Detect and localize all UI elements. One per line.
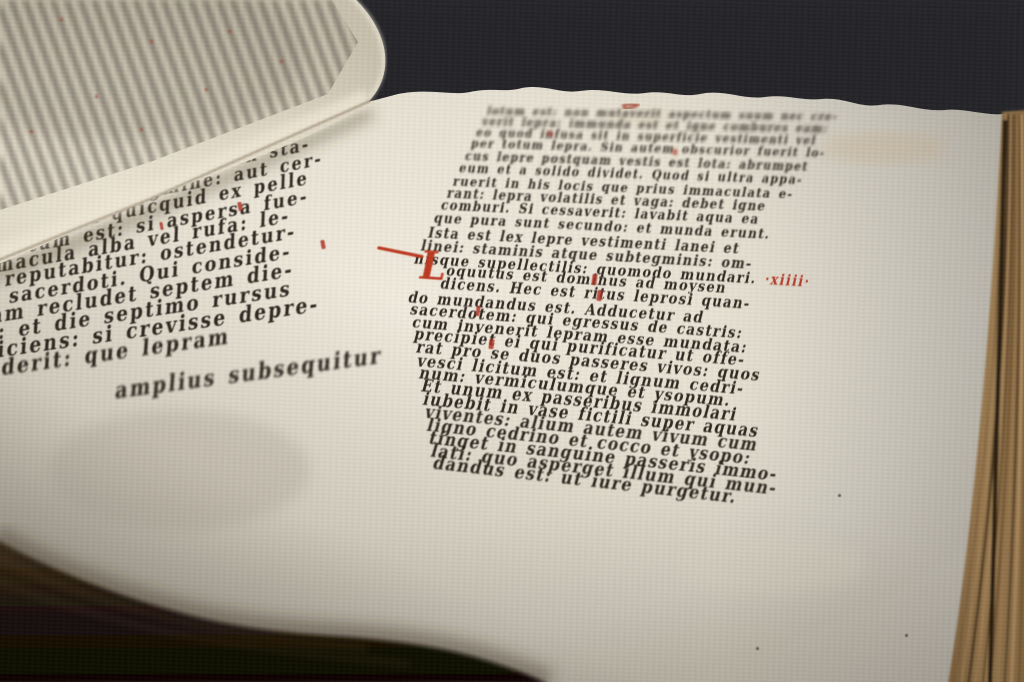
verso-red-dot [228, 30, 231, 33]
verso-red-dot [205, 88, 208, 91]
verso-red-dot [95, 95, 98, 98]
verso-rubric-dots [0, 0, 400, 240]
verso-red-dot [150, 40, 153, 43]
verso-red-dot [30, 130, 33, 133]
photo-book-scene: L lotum est: non mutaverit aspectum suum… [0, 0, 1024, 682]
verso-red-dot [140, 128, 143, 131]
verso-red-dot [280, 60, 283, 63]
verso-red-dot [60, 18, 63, 21]
